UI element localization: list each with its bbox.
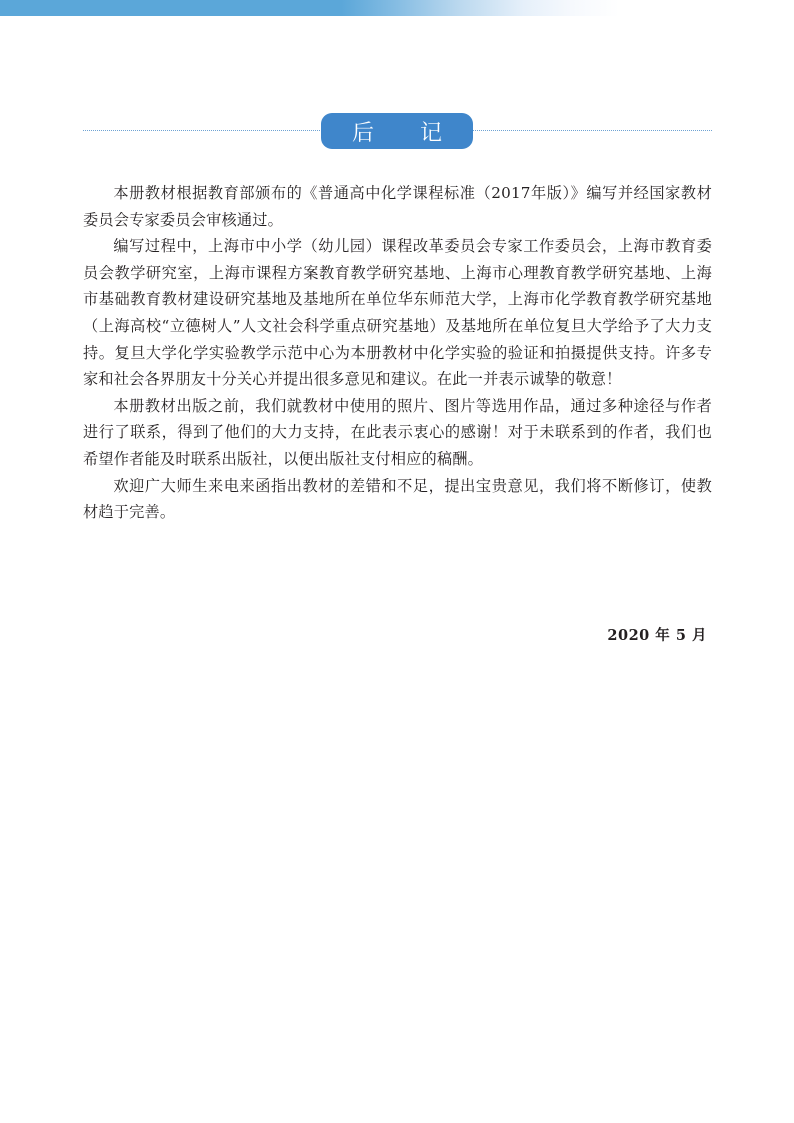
paragraph: 编写过程中，上海市中小学（幼儿园）课程改革委员会专家工作委员会，上海市教育委员会… <box>83 233 712 393</box>
top-decorative-bar <box>0 0 794 16</box>
date-signature: 2020 年 5 月 <box>607 624 707 645</box>
section-heading: 后 记 <box>83 113 712 149</box>
heading-badge: 后 记 <box>321 113 473 149</box>
heading-char-1: 后 <box>352 116 374 147</box>
heading-char-2: 记 <box>420 116 442 147</box>
paragraph: 本册教材出版之前，我们就教材中使用的照片、图片等选用作品，通过多种途径与作者进行… <box>83 393 712 473</box>
paragraph: 本册教材根据教育部颁布的《普通高中化学课程标准（2017年版）》编写并经国家教材… <box>83 180 712 233</box>
afterword-body: 本册教材根据教育部颁布的《普通高中化学课程标准（2017年版）》编写并经国家教材… <box>83 180 712 526</box>
paragraph: 欢迎广大师生来电来函指出教材的差错和不足，提出宝贵意见，我们将不断修订，使教材趋… <box>83 473 712 526</box>
